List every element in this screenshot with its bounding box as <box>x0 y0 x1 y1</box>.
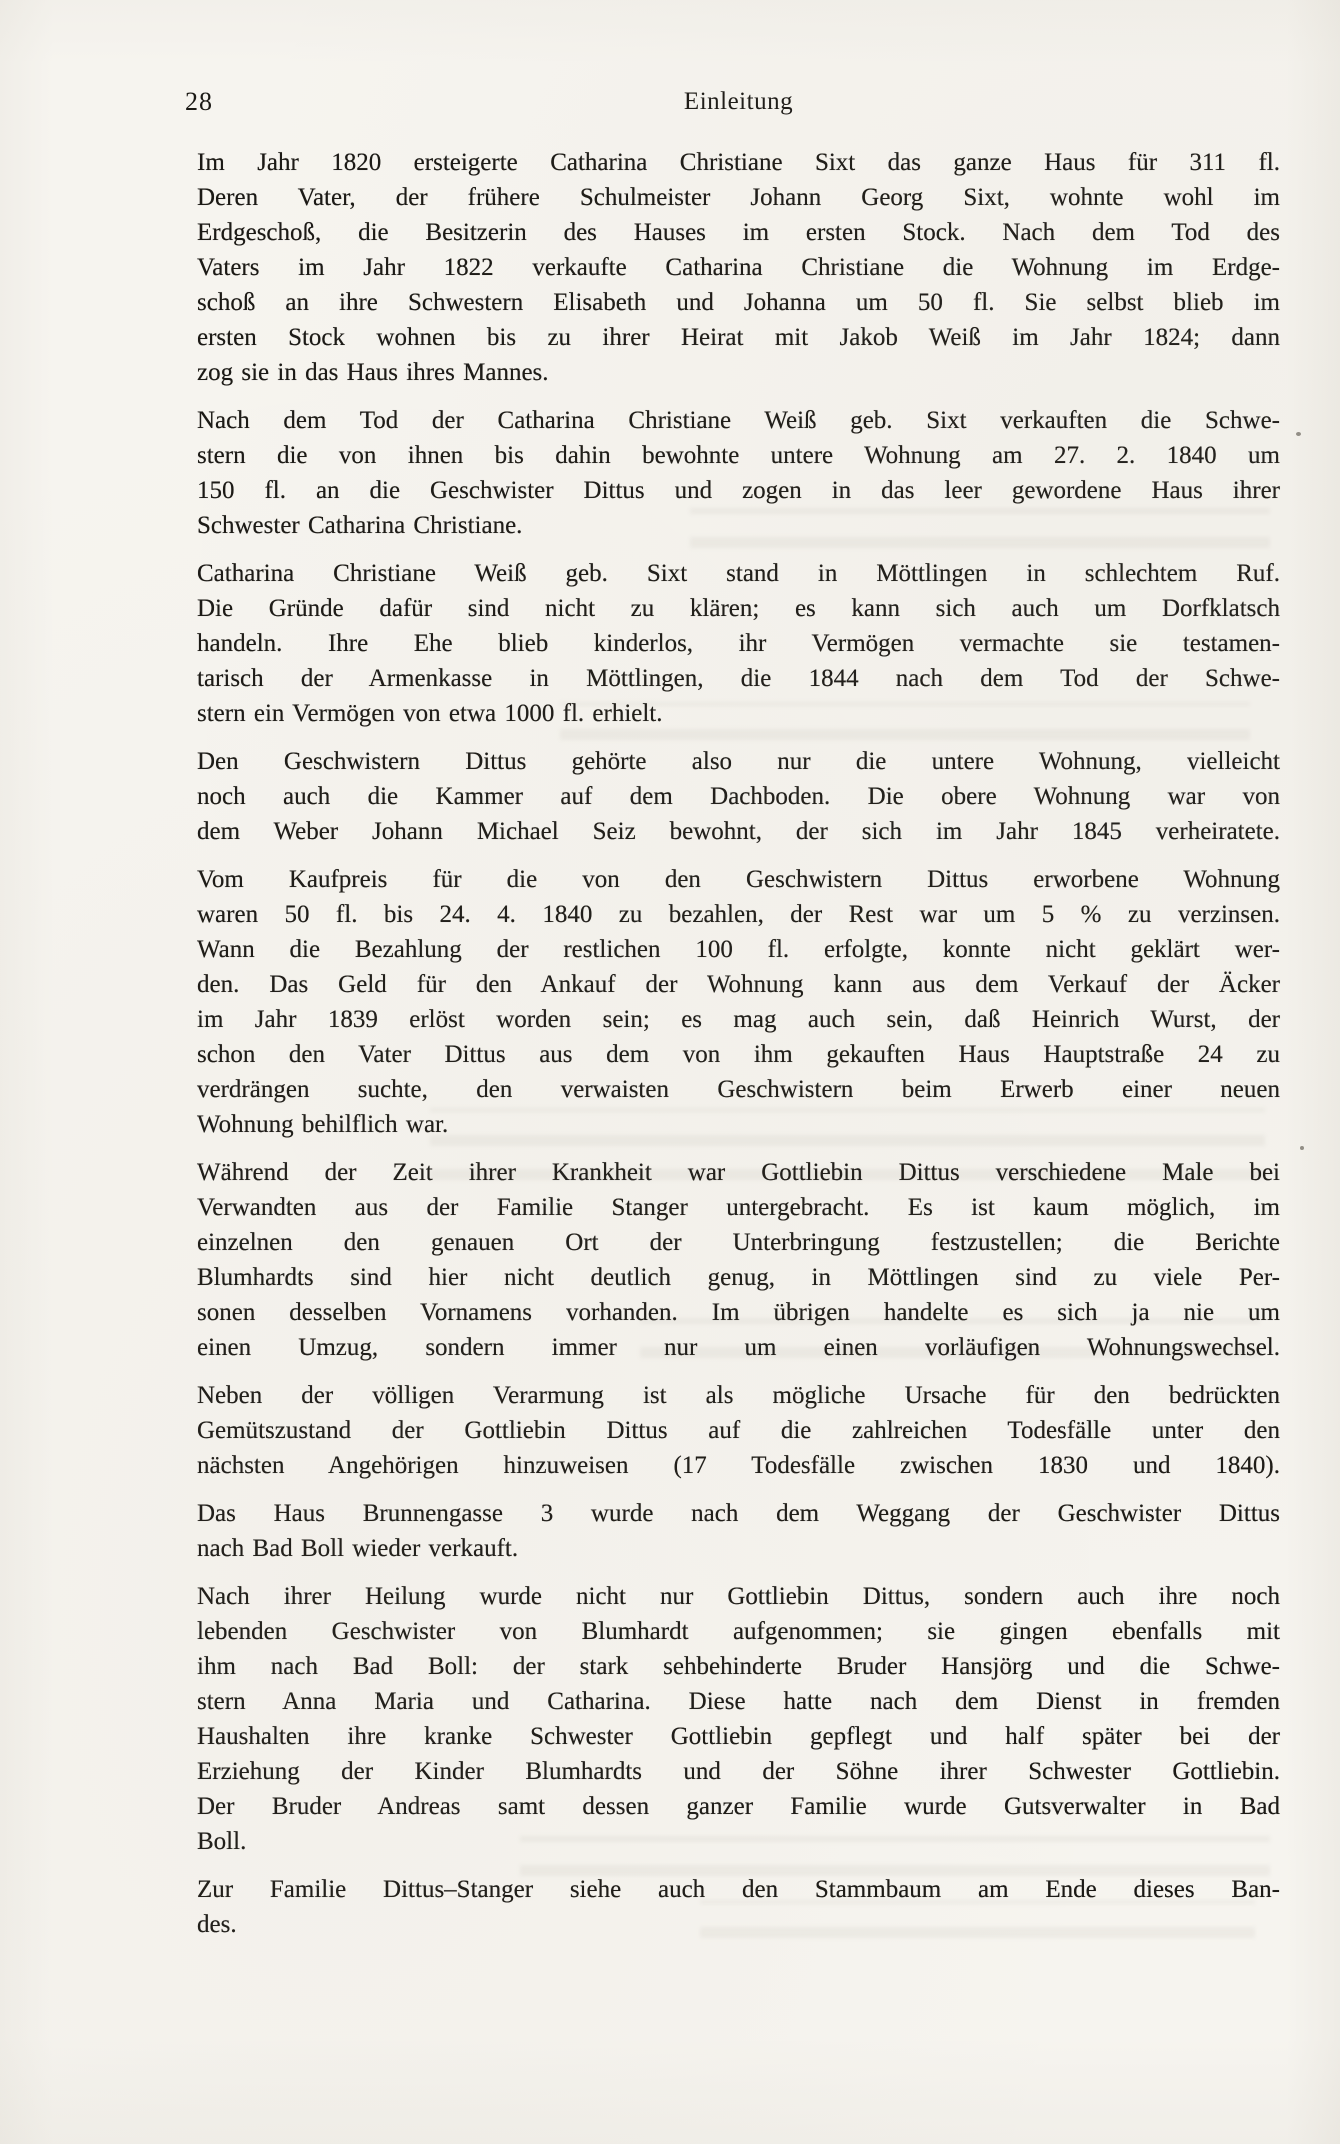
text-line: handeln. Ihre Ehe blieb kinderlos, ihr V… <box>197 626 1280 661</box>
text-line: verdrängen suchte, den verwaisten Geschw… <box>197 1072 1280 1107</box>
text-line: Nach dem Tod der Catharina Christiane We… <box>197 403 1280 438</box>
text-line: ersten Stock wohnen bis zu ihrer Heirat … <box>197 320 1280 355</box>
text-line: Den Geschwistern Dittus gehörte also nur… <box>197 744 1280 779</box>
text-line: stern die von ihnen bis dahin bewohnte u… <box>197 438 1280 473</box>
page-number: 28 <box>185 84 213 119</box>
text-line: Der Bruder Andreas samt dessen ganzer Fa… <box>197 1789 1280 1824</box>
text-line: Nach ihrer Heilung wurde nicht nur Gottl… <box>197 1579 1280 1614</box>
text-line: schoß an ihre Schwestern Elisabeth und J… <box>197 285 1280 320</box>
paragraph: Vom Kaufpreis für die von den Geschwiste… <box>197 862 1280 1142</box>
paragraph: Nach dem Tod der Catharina Christiane We… <box>197 403 1280 543</box>
text-line: dem Weber Johann Michael Seiz bewohnt, d… <box>197 814 1280 849</box>
text-line: einzelnen den genauen Ort der Unterbring… <box>197 1225 1280 1260</box>
paragraph: Neben der völligen Verarmung ist als mög… <box>197 1378 1280 1483</box>
text-line: im Jahr 1839 erlöst worden sein; es mag … <box>197 1002 1280 1037</box>
text-line: Neben der völligen Verarmung ist als mög… <box>197 1378 1280 1413</box>
text-line: nach Bad Boll wieder verkauft. <box>197 1531 1280 1566</box>
text-line: Wohnung behilflich war. <box>197 1107 1280 1142</box>
text-block: Im Jahr 1820 ersteigerte Catharina Chris… <box>197 145 1280 1942</box>
text-line: Vaters im Jahr 1822 verkaufte Catharina … <box>197 250 1280 285</box>
paragraph: Den Geschwistern Dittus gehörte also nur… <box>197 744 1280 849</box>
text-line: Deren Vater, der frühere Schulmeister Jo… <box>197 180 1280 215</box>
text-line: lebenden Geschwister von Blumhardt aufge… <box>197 1614 1280 1649</box>
text-line: noch auch die Kammer auf dem Dachboden. … <box>197 779 1280 814</box>
text-line: Haushalten ihre kranke Schwester Gottlie… <box>197 1719 1280 1754</box>
text-line: Die Gründe dafür sind nicht zu klären; e… <box>197 591 1280 626</box>
text-line: schon den Vater Dittus aus dem von ihm g… <box>197 1037 1280 1072</box>
text-line: ihm nach Bad Boll: der stark sehbehinder… <box>197 1649 1280 1684</box>
text-line: Das Haus Brunnengasse 3 wurde nach dem W… <box>197 1496 1280 1531</box>
text-line: 150 fl. an die Geschwister Dittus und zo… <box>197 473 1280 508</box>
text-line: einen Umzug, sondern immer nur um einen … <box>197 1330 1280 1365</box>
paragraph: Zur Familie Dittus–Stanger siehe auch de… <box>197 1872 1280 1942</box>
text-line: Erziehung der Kinder Blumhardts und der … <box>197 1754 1280 1789</box>
text-line: Zur Familie Dittus–Stanger siehe auch de… <box>197 1872 1280 1907</box>
running-title: Einleitung <box>684 88 793 115</box>
book-page: 28 Einleitung Im Jahr 1820 ersteigerte C… <box>0 0 1340 2144</box>
text-line: Erdgeschoß, die Besitzerin des Hauses im… <box>197 215 1280 250</box>
text-line: des. <box>197 1907 1280 1942</box>
paragraph: Catharina Christiane Weiß geb. Sixt stan… <box>197 556 1280 731</box>
text-line: Gemütszustand der Gottliebin Dittus auf … <box>197 1413 1280 1448</box>
text-line: Wann die Bezahlung der restlichen 100 fl… <box>197 932 1280 967</box>
page-header: 28 Einleitung <box>197 84 1280 119</box>
text-line: stern ein Vermögen von etwa 1000 fl. erh… <box>197 696 1280 731</box>
paragraph: Während der Zeit ihrer Krankheit war Got… <box>197 1155 1280 1365</box>
text-line: Während der Zeit ihrer Krankheit war Got… <box>197 1155 1280 1190</box>
page-content: 28 Einleitung Im Jahr 1820 ersteigerte C… <box>197 84 1280 1955</box>
text-line: zog sie in das Haus ihres Mannes. <box>197 355 1280 390</box>
paragraph: Das Haus Brunnengasse 3 wurde nach dem W… <box>197 1496 1280 1566</box>
text-line: tarisch der Armenkasse in Möttlingen, di… <box>197 661 1280 696</box>
text-line: Verwandten aus der Familie Stanger unter… <box>197 1190 1280 1225</box>
text-line: Blumhardts sind hier nicht deutlich genu… <box>197 1260 1280 1295</box>
text-line: Schwester Catharina Christiane. <box>197 508 1280 543</box>
paragraph: Im Jahr 1820 ersteigerte Catharina Chris… <box>197 145 1280 390</box>
text-line: sonen desselben Vornamens vorhanden. Im … <box>197 1295 1280 1330</box>
text-line: Im Jahr 1820 ersteigerte Catharina Chris… <box>197 145 1280 180</box>
paragraph: Nach ihrer Heilung wurde nicht nur Gottl… <box>197 1579 1280 1859</box>
text-line: waren 50 fl. bis 24. 4. 1840 zu bezahlen… <box>197 897 1280 932</box>
text-line: Vom Kaufpreis für die von den Geschwiste… <box>197 862 1280 897</box>
text-line: den. Das Geld für den Ankauf der Wohnung… <box>197 967 1280 1002</box>
text-line: stern Anna Maria und Catharina. Diese ha… <box>197 1684 1280 1719</box>
ink-speck-artifact <box>1296 432 1301 436</box>
text-line: nächsten Angehörigen hinzuweisen (17 Tod… <box>197 1448 1280 1483</box>
text-line: Boll. <box>197 1824 1280 1859</box>
ink-speck-artifact <box>1300 1146 1304 1150</box>
text-line: Catharina Christiane Weiß geb. Sixt stan… <box>197 556 1280 591</box>
